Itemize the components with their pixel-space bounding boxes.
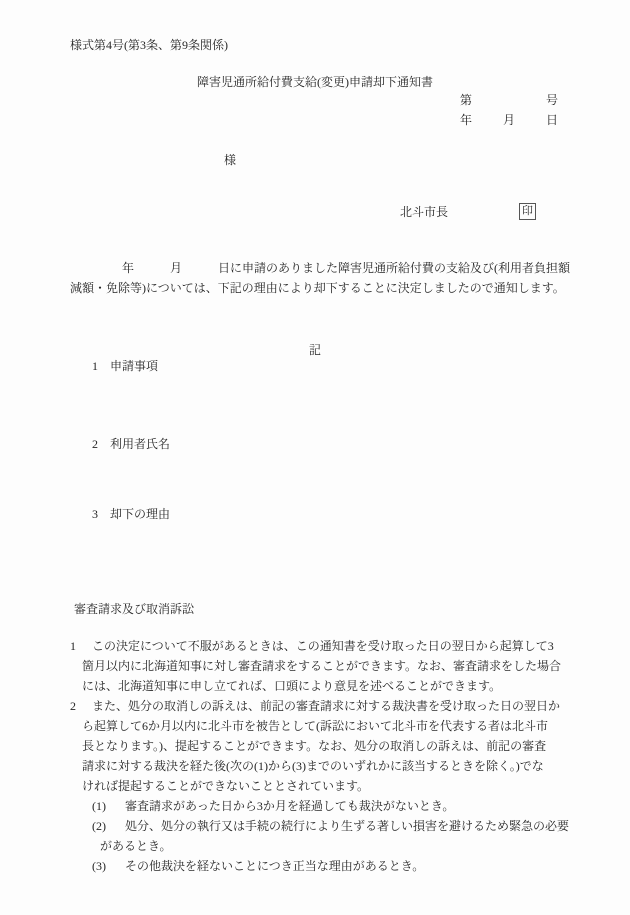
appeal-heading: 審査請求及び取消訴訟 bbox=[74, 599, 194, 619]
issuer-name: 北斗市長 bbox=[400, 202, 448, 222]
paragraph-text: 請求に対する裁決を経た後(次の(1)から(3)までのいずれかに該当するときを除く… bbox=[82, 756, 564, 776]
document-page: 様式第4号(第3条、第9条関係) 障害児通所給付費支給(変更)申請却下通知書 第… bbox=[0, 0, 630, 915]
paragraph-text: 箇月以内に北海道知事に対し審査請求をすることができます。なお、審査請求をした場合 bbox=[82, 656, 564, 676]
date-year-label: 年 bbox=[460, 110, 472, 130]
paragraph-number: 1 bbox=[70, 636, 92, 656]
ki-item-number: 3 bbox=[92, 504, 110, 524]
appeal-subitem-3: (3) その他裁決を経ないことにつき正当な理由があるとき。 bbox=[92, 856, 564, 876]
appeal-subitem-2: (2) 処分、処分の執行又は手続の続行により生ずる著しい損害を避けるため緊急の必… bbox=[92, 816, 564, 836]
addressee-suffix: 様 bbox=[224, 150, 236, 170]
doc-number-suffix: 号 bbox=[546, 90, 558, 110]
seal-label: 印 bbox=[522, 206, 533, 217]
ki-item-user-name: 2 利用者氏名 bbox=[92, 434, 170, 454]
appeal-section: 1 この決定について不服があるときは、この通知書を受け取った日の翌日から起算して… bbox=[70, 636, 564, 876]
ki-item-label: 利用者氏名 bbox=[110, 434, 170, 454]
ki-item-number: 2 bbox=[92, 434, 110, 454]
paragraph-number: 2 bbox=[70, 696, 92, 716]
subitem-text: その他裁決を経ないことにつき正当な理由があるとき。 bbox=[125, 856, 424, 876]
date-day-label: 日 bbox=[546, 110, 558, 130]
subitem-text: 処分、処分の執行又は手続の続行により生ずる著しい損害を避けるため緊急の必要 bbox=[125, 816, 569, 836]
document-title: 障害児通所給付費支給(変更)申請却下通知書 bbox=[0, 72, 630, 92]
appeal-paragraph-2: 2 また、処分の取消しの訴えは、前記の審査請求に対する裁決書を受け取った日の翌日… bbox=[70, 696, 564, 716]
appeal-subitem-1: (1) 審査請求があった日から3か月を経過しても裁決がないとき。 bbox=[92, 796, 564, 816]
body-line: 年 月 日に申請のありました障害児通所給付費の支給及び(利用者負担額 bbox=[70, 258, 562, 278]
ki-item-label: 申請事項 bbox=[110, 356, 158, 376]
paragraph-text: 長となります。)、提起することができます。なお、処分の取消しの訴えは、前記の審査 bbox=[82, 736, 564, 756]
appeal-paragraph-1: 1 この決定について不服があるときは、この通知書を受け取った日の翌日から起算して… bbox=[70, 636, 564, 656]
subitem-text: があるとき。 bbox=[100, 836, 564, 856]
date-month-label: 月 bbox=[503, 110, 515, 130]
paragraph-text: には、北海道知事に申し立てれば、口頭により意見を述べることができます。 bbox=[82, 676, 564, 696]
ki-item-number: 1 bbox=[92, 356, 110, 376]
ki-item-label: 却下の理由 bbox=[110, 504, 170, 524]
form-number: 様式第4号(第3条、第9条関係) bbox=[70, 35, 228, 55]
subitem-marker: (3) bbox=[92, 856, 125, 876]
issue-date-line: 年 月 日 bbox=[460, 110, 558, 130]
body-line: 減額・免除等)については、下記の理由により却下することに決定しましたので通知しま… bbox=[70, 278, 562, 298]
subitem-text: 審査請求があった日から3か月を経過しても裁決がないとき。 bbox=[125, 796, 454, 816]
subitem-marker: (2) bbox=[92, 816, 125, 836]
paragraph-text: ら起算して6か月以内に北斗市を被告として(訴訟において北斗市を代表する者は北斗市 bbox=[82, 716, 564, 736]
subitem-marker: (1) bbox=[92, 796, 125, 816]
paragraph-text: この決定について不服があるときは、この通知書を受け取った日の翌日から起算して3 bbox=[92, 636, 554, 656]
paragraph-text: また、処分の取消しの訴えは、前記の審査請求に対する裁決書を受け取った日の翌日か bbox=[92, 696, 560, 716]
document-number-line: 第 号 bbox=[460, 90, 558, 110]
ki-item-application-matter: 1 申請事項 bbox=[92, 356, 158, 376]
official-seal-icon: 印 bbox=[519, 203, 536, 220]
notification-body: 年 月 日に申請のありました障害児通所給付費の支給及び(利用者負担額 減額・免除… bbox=[70, 258, 562, 298]
doc-number-prefix: 第 bbox=[460, 90, 472, 110]
paragraph-text: ければ提起することができないこととされています。 bbox=[82, 776, 564, 796]
ki-item-rejection-reason: 3 却下の理由 bbox=[92, 504, 170, 524]
